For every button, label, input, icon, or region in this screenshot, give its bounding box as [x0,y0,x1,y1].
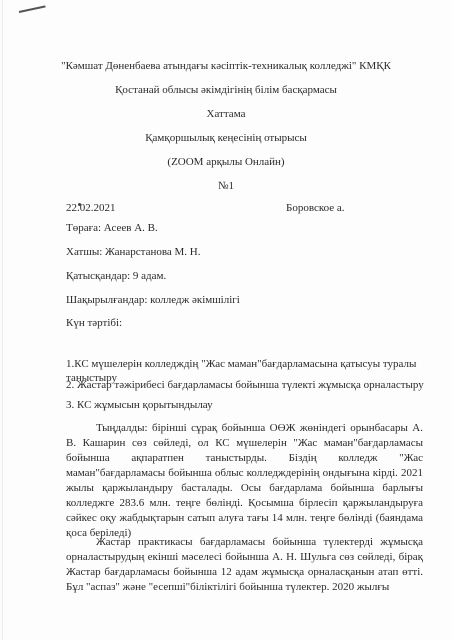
meeting-mode: (ZOOM арқылы Онлайн) [0,156,452,168]
page-edge [2,0,3,640]
protocol-number: №1 [0,180,452,192]
attendees: Қатысқандар: 9 адам. [66,270,166,282]
meeting-date: 22.02.2021 [66,202,116,214]
doc-type: Хаттама [0,108,452,120]
department: Қостанай облысы әкімдігінің білім басқар… [0,84,452,96]
secretary: Хатшы: Жанарстанова М. Н. [66,246,201,258]
agenda-item-3: 3. КС жұмысын қорытындылау [66,398,426,412]
document-page: "Кәмшат Дөненбаева атындағы кәсіптік-тех… [0,0,452,640]
invited: Шақырылғандар: колледж әкімшілігі [66,294,240,306]
ink-dot [78,203,81,206]
body-paragraph-2: Жастар практикасы бағдарламасы бойынша т… [66,535,423,595]
org-name: "Кәмшат Дөненбаева атындағы кәсіптік-тех… [0,60,452,72]
body-paragraph-1: Тыңдалды: бірінші сұрақ бойынша ОӨЖ жөні… [66,421,423,541]
agenda-label: Күн тәртібі: [66,317,122,329]
agenda-item-2: 2. Жастар тәжірибесі бағдарламасы бойынш… [66,378,426,392]
meeting-place: Боровское а. [286,202,345,214]
chair: Төраға: Асеев А. В. [66,222,158,234]
meeting-title: Қамқоршылық кеңесінің отырысы [0,132,452,144]
pen-mark [19,5,46,13]
